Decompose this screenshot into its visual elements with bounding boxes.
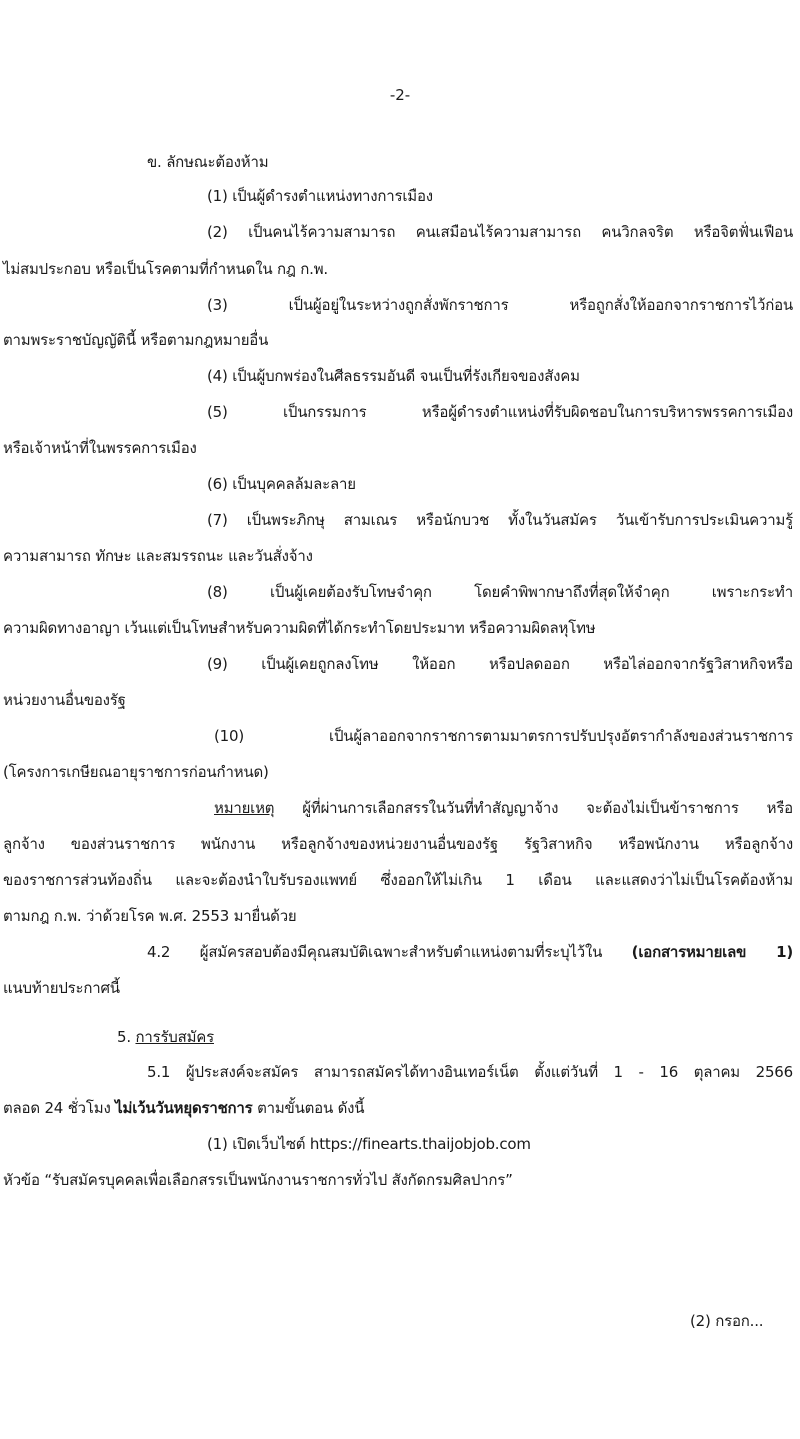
clause-5-1-cont: ตลอด 24 ชั่วโมง ไม่เว้นวันหยุดราชการ ตาม… [3,1098,364,1118]
prohibition-item-1: (1) เป็นผู้ดำรงตำแหน่งทางการเมือง [207,186,433,206]
section-5-title: การรับสมัคร [135,1028,213,1046]
clause-5-1-no-holiday: ไม่เว้นวันหยุดราชการ [115,1099,252,1117]
clause-5-1-steps: ตามขั้นตอน ดังนี้ [253,1099,365,1117]
step-1-open-website: (1) เปิดเว็บไซต์ https://finearts.thaijo… [207,1134,531,1154]
note-label: หมายเหตุ [214,799,274,817]
note-paragraph: หมายเหตุ ผู้ที่ผ่านการเลือกสรรในวันที่ทำ… [214,798,793,818]
prohibition-item-7: (7) เป็นพระภิกษุ สามเณร หรือนักบวช ทั้งใ… [207,510,793,530]
prohibition-item-3-cont: ตามพระราชบัญญัตินี้ หรือตามกฎหมายอื่น [3,330,268,350]
page-number: -2- [0,86,800,104]
section-5-heading: 5. การรับสมัคร [117,1027,214,1047]
prohibition-item-5: (5) เป็นกรรมการ หรือผู้ดำรงตำแหน่งที่รับ… [207,402,793,422]
prohibition-item-9: (9) เป็นผู้เคยถูกลงโทษ ให้ออก หรือปลดออก… [207,654,793,674]
topic-line: หัวข้อ “รับสมัครบุคคลเพื่อเลือกสรรเป็นพน… [3,1170,513,1190]
clause-5-1-hours: ตลอด 24 ชั่วโมง [3,1099,115,1117]
section-heading-prohibited-traits: ข. ลักษณะต้องห้าม [147,152,268,172]
clause-4-2-attachment-ref: (เอกสารหมายเลข 1) [632,943,793,961]
clause-4-2-cont: แนบท้ายประกาศนี้ [3,978,120,998]
prohibition-item-7-cont: ความสามารถ ทักษะ และสมรรถนะ และวันสั่งจ้… [3,546,313,566]
prohibition-item-8-cont: ความผิดทางอาญา เว้นแต่เป็นโทษสำหรับความผ… [3,618,595,638]
prohibition-item-2-cont: ไม่สมประกอบ หรือเป็นโรคตามที่กำหนดใน กฎ … [3,259,328,279]
prohibition-item-10: (10) เป็นผู้ลาออกจากราชการตามมาตรการปรับ… [214,726,793,746]
clause-5-1: 5.1 ผู้ประสงค์จะสมัคร สามารถสมัครได้ทางอ… [147,1062,793,1082]
prohibition-item-6: (6) เป็นบุคคลล้มละลาย [207,474,356,494]
document-page: -2- ข. ลักษณะต้องห้าม (1) เป็นผู้ดำรงตำแ… [0,0,800,1439]
prohibition-item-9-cont: หน่วยงานอื่นของรัฐ [3,690,126,710]
clause-4-2: 4.2 ผู้สมัครสอบต้องมีคุณสมบัติเฉพาะสำหรั… [147,942,793,962]
note-text-3: ของราชการส่วนท้องถิ่น และจะต้องนำใบรับรอ… [3,870,793,890]
note-text-2: ลูกจ้าง ของส่วนราชการ พนักงาน หรือลูกจ้า… [3,834,793,854]
prohibition-item-3: (3) เป็นผู้อยู่ในระหว่างถูกสั่งพักราชการ… [207,295,793,315]
continuation-marker: (2) กรอก... [690,1311,763,1331]
section-5-number: 5. [117,1028,135,1046]
note-text-4: ตามกฎ ก.พ. ว่าด้วยโรค พ.ศ. 2553 มายื่นด้… [3,906,297,926]
clause-4-2-text: 4.2 ผู้สมัครสอบต้องมีคุณสมบัติเฉพาะสำหรั… [147,943,632,961]
prohibition-item-5-cont: หรือเจ้าหน้าที่ในพรรคการเมือง [3,438,197,458]
prohibition-item-2: (2) เป็นคนไร้ความสามารถ คนเสมือนไร้ความส… [207,222,793,242]
prohibition-item-4: (4) เป็นผู้บกพร่องในศีลธรรมอันดี จนเป็นท… [207,366,580,386]
prohibition-item-10-cont: (โครงการเกษียณอายุราชการก่อนกำหนด) [3,762,269,782]
prohibition-item-8: (8) เป็นผู้เคยต้องรับโทษจำคุก โดยคำพิพาก… [207,582,793,602]
note-text-1: ผู้ที่ผ่านการเลือกสรรในวันที่ทำสัญญาจ้าง… [274,799,793,817]
